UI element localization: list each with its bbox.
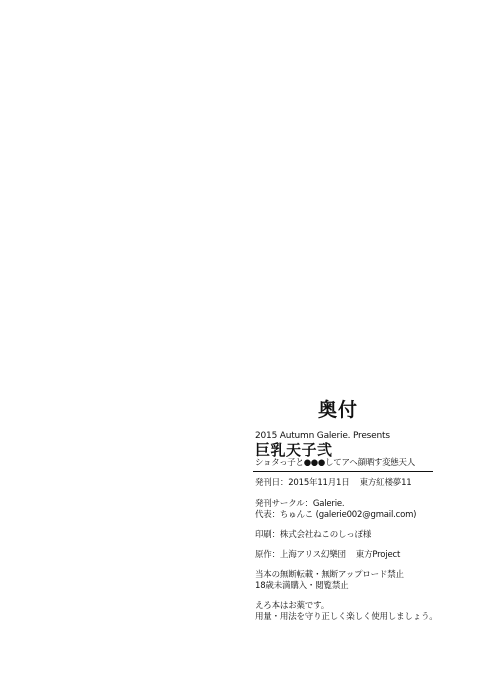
page: 奥付 2015 Autumn Galerie. Presents 巨乳天子弐 シ… [0,0,480,685]
closing-line: 用量・用法を守り正しく楽しく使用しましょう。 [255,612,438,623]
closing-line: えろ本はお薬です。 [255,601,329,612]
book-title: 巨乳天子弐 [255,441,333,459]
circle-line: 発刊サークル：Galerie. [255,499,344,510]
printer-line: 印刷：株式会社ねこのしっぽ様 [255,530,371,541]
publication-line: 発刊日：2015年11月1日東方紅楼夢11 [255,478,411,489]
notice-line: 当本の無断転載・無断アップロード禁止 [255,570,404,581]
book-subtitle: ショタっ子と●●●してアヘ顔晒す変態天人 [255,458,415,469]
original-work: 東方Project [356,550,400,560]
publication-event: 東方紅楼夢11 [360,478,412,488]
divider-rule [253,471,433,472]
publication-date: 発刊日：2015年11月1日 [255,478,350,488]
original-work-line: 原作：上海アリス幻樂団東方Project [255,550,400,561]
representative-line: 代表：ちゅんこ (galerie002@gmail.com) [255,510,416,521]
colophon-heading: 奥付 [318,398,358,422]
original-author: 原作：上海アリス幻樂団 [255,550,346,560]
notice-line: 18歳未満購入・閲覧禁止 [255,581,348,592]
